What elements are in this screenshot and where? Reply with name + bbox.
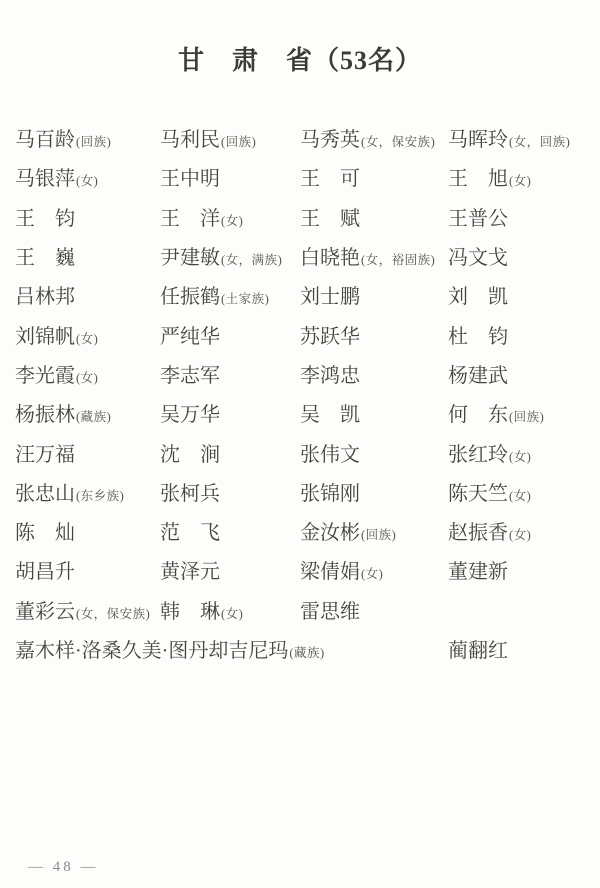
delegate-name: 马银萍 (15, 162, 75, 191)
delegate-name: 雷思维 (300, 595, 360, 624)
table-row: 王 钧王 洋(女)王 赋王普公 (15, 197, 592, 236)
delegate-note: (回族) (509, 407, 544, 425)
delegate-name: 赵振香 (448, 516, 508, 545)
delegate-name: 李鸿忠 (300, 359, 360, 388)
delegate-name: 杜 钧 (448, 320, 508, 349)
delegate-name: 范 飞 (160, 516, 220, 545)
delegate-cell: 马秀英(女，保安族) (300, 123, 448, 152)
delegate-note: (回族) (361, 525, 396, 543)
delegate-name: 杨建武 (448, 359, 508, 388)
delegate-name: 王 钧 (15, 202, 75, 231)
delegate-cell: 王 可 (300, 162, 448, 191)
delegate-name: 张柯兵 (160, 477, 220, 506)
delegate-note: (女，满族) (221, 250, 282, 268)
delegate-cell: 陈 灿 (15, 516, 160, 545)
delegate-name: 何 东 (448, 398, 508, 427)
delegate-name: 陈天竺 (448, 477, 508, 506)
name-grid: 马百龄(回族)马利民(回族)马秀英(女，保安族)马晖玲(女，回族)马银萍(女)王… (15, 118, 592, 668)
delegate-cell: 嘉木样·洛桑久美·图丹却吉尼玛(藏族) (15, 634, 448, 663)
delegate-name: 李光霞 (15, 359, 75, 388)
delegate-note: (回族) (76, 132, 111, 150)
table-row: 杨振林(藏族)吴万华吴 凯何 东(回族) (15, 393, 592, 432)
delegate-name: 董彩云 (15, 595, 75, 624)
delegate-note: (女) (221, 211, 243, 229)
delegate-name: 马晖玲 (448, 123, 508, 152)
delegate-cell: 雷思维 (300, 595, 448, 624)
delegate-name: 汪万福 (15, 438, 75, 467)
delegate-note: (女，裕固族) (361, 250, 435, 268)
delegate-cell: 杨建武 (448, 359, 592, 388)
document-page: 甘 肃 省（53名） 马百龄(回族)马利民(回族)马秀英(女，保安族)马晖玲(女… (0, 0, 600, 888)
delegate-cell: 王 巍 (15, 241, 160, 270)
delegate-cell: 王普公 (448, 202, 592, 231)
delegate-name: 张伟文 (300, 438, 360, 467)
delegate-cell: 李志军 (160, 359, 300, 388)
table-row: 刘锦帆(女)严纯华苏跃华杜 钧 (15, 314, 592, 353)
delegate-cell: 董彩云(女，保安族) (15, 595, 160, 624)
delegate-name: 梁倩娟 (300, 555, 360, 584)
delegate-cell: 王 洋(女) (160, 202, 300, 231)
delegate-cell: 金汝彬(回族) (300, 516, 448, 545)
delegate-name: 董建新 (448, 555, 508, 584)
delegate-name: 任振鹤 (160, 280, 220, 309)
delegate-name: 韩 琳 (160, 595, 220, 624)
delegate-name: 张红玲 (448, 438, 508, 467)
delegate-cell: 杜 钧 (448, 320, 592, 349)
delegate-name: 吴万华 (160, 398, 220, 427)
delegate-cell: 蔺翻红 (448, 634, 588, 663)
delegate-cell: 白晓艳(女，裕固族) (300, 241, 448, 270)
delegate-name: 马利民 (160, 123, 220, 152)
table-row: 马百龄(回族)马利民(回族)马秀英(女，保安族)马晖玲(女，回族) (15, 118, 592, 157)
delegate-name: 张忠山 (15, 477, 75, 506)
delegate-note: (回族) (221, 132, 256, 150)
delegate-cell: 梁倩娟(女) (300, 555, 448, 584)
delegate-cell: 黄泽元 (160, 555, 300, 584)
delegate-cell: 马银萍(女) (15, 162, 160, 191)
delegate-cell: 李鸿忠 (300, 359, 448, 388)
delegate-name: 冯文戈 (448, 241, 508, 270)
delegate-name: 尹建敏 (160, 241, 220, 270)
delegate-cell: 吴 凯 (300, 398, 448, 427)
delegate-name: 刘 凯 (448, 280, 508, 309)
delegate-cell: 刘锦帆(女) (15, 320, 160, 349)
delegate-note: (女) (221, 604, 243, 622)
delegate-name: 嘉木样·洛桑久美·图丹却吉尼玛 (15, 634, 288, 663)
delegate-cell: 范 飞 (160, 516, 300, 545)
delegate-name: 王中明 (160, 162, 220, 191)
delegate-cell: 董建新 (448, 555, 592, 584)
table-row: 马银萍(女)王中明王 可王 旭(女) (15, 157, 592, 196)
delegate-note: (女) (361, 564, 383, 582)
delegate-name: 苏跃华 (300, 320, 360, 349)
delegate-note: (女，保安族) (76, 604, 150, 622)
delegate-name: 李志军 (160, 359, 220, 388)
delegate-name: 王 可 (300, 162, 360, 191)
delegate-cell: 刘 凯 (448, 280, 592, 309)
delegate-note: (东乡族) (76, 486, 124, 504)
delegate-cell: 张忠山(东乡族) (15, 477, 160, 506)
delegate-cell: 赵振香(女) (448, 516, 592, 545)
delegate-cell: 苏跃华 (300, 320, 448, 349)
delegate-cell: 任振鹤(土家族) (160, 280, 300, 309)
delegate-cell: 王 钧 (15, 202, 160, 231)
delegate-cell: 冯文戈 (448, 241, 592, 270)
table-row: 嘉木样·洛桑久美·图丹却吉尼玛(藏族)蔺翻红 (15, 629, 592, 668)
delegate-name: 王普公 (448, 202, 508, 231)
delegate-note: (女，回族) (509, 132, 570, 150)
table-row: 陈 灿范 飞金汝彬(回族)赵振香(女) (15, 511, 592, 550)
table-row: 张忠山(东乡族)张柯兵张锦刚陈天竺(女) (15, 472, 592, 511)
delegate-name: 沈 涧 (160, 438, 220, 467)
delegate-name: 王 洋 (160, 202, 220, 231)
delegate-cell: 马百龄(回族) (15, 123, 160, 152)
delegate-note: (女，保安族) (361, 132, 435, 150)
delegate-cell: 王 旭(女) (448, 162, 592, 191)
delegate-cell: 马晖玲(女，回族) (448, 123, 592, 152)
delegate-cell: 张柯兵 (160, 477, 300, 506)
delegate-name: 吕林邦 (15, 280, 75, 309)
delegate-name: 杨振林 (15, 398, 75, 427)
delegate-name: 陈 灿 (15, 516, 75, 545)
delegate-name: 白晓艳 (300, 241, 360, 270)
table-row: 董彩云(女，保安族)韩 琳(女)雷思维 (15, 590, 592, 629)
page-number: — 48 — (28, 859, 99, 876)
delegate-name: 金汝彬 (300, 516, 360, 545)
delegate-cell: 张锦刚 (300, 477, 448, 506)
delegate-name: 张锦刚 (300, 477, 360, 506)
delegate-note: (女) (509, 486, 531, 504)
table-row: 吕林邦任振鹤(土家族)刘士鹏刘 凯 (15, 275, 592, 314)
delegate-name: 胡昌升 (15, 555, 75, 584)
delegate-note: (女) (509, 525, 531, 543)
delegate-cell: 韩 琳(女) (160, 595, 300, 624)
page-title: 甘 肃 省（53名） (0, 40, 600, 77)
table-row: 王 巍尹建敏(女，满族)白晓艳(女，裕固族)冯文戈 (15, 236, 592, 275)
delegate-cell: 沈 涧 (160, 438, 300, 467)
delegate-cell: 严纯华 (160, 320, 300, 349)
delegate-note: (女) (76, 329, 98, 347)
delegate-cell: 陈天竺(女) (448, 477, 592, 506)
delegate-cell: 张红玲(女) (448, 438, 592, 467)
delegate-note: (土家族) (221, 289, 269, 307)
delegate-cell: 何 东(回族) (448, 398, 592, 427)
delegate-cell: 胡昌升 (15, 555, 160, 584)
delegate-cell: 王 赋 (300, 202, 448, 231)
table-row: 李光霞(女)李志军李鸿忠杨建武 (15, 354, 592, 393)
delegate-name: 马百龄 (15, 123, 75, 152)
delegate-cell: 李光霞(女) (15, 359, 160, 388)
delegate-name: 吴 凯 (300, 398, 360, 427)
table-row: 胡昌升黄泽元梁倩娟(女)董建新 (15, 550, 592, 589)
delegate-note: (女) (509, 171, 531, 189)
delegate-cell: 杨振林(藏族) (15, 398, 160, 427)
table-row: 汪万福沈 涧张伟文张红玲(女) (15, 432, 592, 471)
delegate-name: 蔺翻红 (448, 634, 508, 663)
delegate-name: 王 赋 (300, 202, 360, 231)
delegate-note: (女) (76, 171, 98, 189)
delegate-name: 刘士鹏 (300, 280, 360, 309)
delegate-name: 王 巍 (15, 241, 75, 270)
delegate-cell: 张伟文 (300, 438, 448, 467)
delegate-cell: 吴万华 (160, 398, 300, 427)
delegate-note: (女) (76, 368, 98, 386)
delegate-cell: 刘士鹏 (300, 280, 448, 309)
delegate-cell: 尹建敏(女，满族) (160, 241, 300, 270)
delegate-name: 刘锦帆 (15, 320, 75, 349)
delegate-cell: 吕林邦 (15, 280, 160, 309)
delegate-name: 王 旭 (448, 162, 508, 191)
delegate-note: (藏族) (289, 643, 324, 661)
delegate-note: (女) (509, 447, 531, 465)
delegate-cell: 汪万福 (15, 438, 160, 467)
delegate-name: 黄泽元 (160, 555, 220, 584)
delegate-cell: 王中明 (160, 162, 300, 191)
delegate-name: 严纯华 (160, 320, 220, 349)
delegate-name: 马秀英 (300, 123, 360, 152)
delegate-note: (藏族) (76, 407, 111, 425)
delegate-cell: 马利民(回族) (160, 123, 300, 152)
